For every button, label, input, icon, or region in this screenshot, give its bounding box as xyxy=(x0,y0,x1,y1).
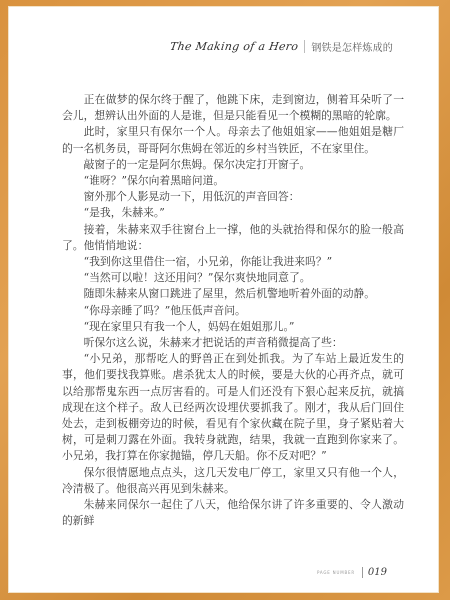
body-text: 正在做梦的保尔终于醒了，他跳下床，走到窗边，侧着耳朵听了一会儿，想辨认出外面的人… xyxy=(62,92,404,529)
running-header: The Making of a Hero 钢铁是怎样炼成的 xyxy=(170,39,393,54)
paragraph: 此时，家里只有保尔一个人。母亲去了他姐姐家——他姐姐是糖厂的一名机务员，哥哥阿尔… xyxy=(62,124,404,156)
page-number-label: PAGE NUMBER xyxy=(317,570,355,575)
header-divider xyxy=(304,40,305,53)
book-page: The Making of a Hero 钢铁是怎样炼成的 正在做梦的保尔终于醒… xyxy=(8,6,439,593)
paragraph: “当然可以啦！这还用问？”保尔爽快地同意了。 xyxy=(62,270,404,286)
footer-divider xyxy=(362,567,363,578)
paragraph: 敲窗子的一定是阿尔焦姆。保尔决定打开窗子。 xyxy=(62,157,404,173)
paragraph: 朱赫来同保尔一起住了八天，他给保尔讲了许多重要的、令人激动的新鲜 xyxy=(62,497,404,529)
page-footer: PAGE NUMBER 019 xyxy=(317,567,387,578)
paragraph: “现在家里只有我一个人，妈妈在姐姐那儿。” xyxy=(62,319,404,335)
page-frame: The Making of a Hero 钢铁是怎样炼成的 正在做梦的保尔终于醒… xyxy=(0,0,450,600)
paragraph: 保尔很情愿地点点头，这几天发电厂停工，家里又只有他一个人，冷清极了。他很高兴再见… xyxy=(62,465,404,497)
english-book-title: The Making of a Hero xyxy=(169,40,299,53)
page-number: 019 xyxy=(368,567,387,578)
paragraph: “你母亲睡了吗？”他压低声音问。 xyxy=(62,303,404,319)
paragraph: “小兄弟，那帮吃人的野兽正在到处抓我。为了车站上最近发生的事，他们要找我算账。虐… xyxy=(62,351,404,464)
paragraph: “我到你这里借住一宿，小兄弟，你能让我进来吗？” xyxy=(62,254,404,270)
paragraph: 随即朱赫来从窗口跳进了屋里，然后机警地听着外面的动静。 xyxy=(62,286,404,302)
paragraph: 听保尔这么说，朱赫来才把说话的声音稍微提高了些： xyxy=(62,335,404,351)
chinese-book-title: 钢铁是怎样炼成的 xyxy=(311,39,393,54)
paragraph: “谁呀？”保尔向着黑暗问道。 xyxy=(62,173,404,189)
paragraph: 窗外那个人影晃动一下，用低沉的声音回答： xyxy=(62,189,404,205)
paragraph: “是我，朱赫来。” xyxy=(62,205,404,221)
paragraph: 接着，朱赫来双手往窗台上一撑，他的头就抬得和保尔的脸一般高了。他悄悄地说： xyxy=(62,222,404,254)
paragraph: 正在做梦的保尔终于醒了，他跳下床，走到窗边，侧着耳朵听了一会儿，想辨认出外面的人… xyxy=(62,92,404,124)
